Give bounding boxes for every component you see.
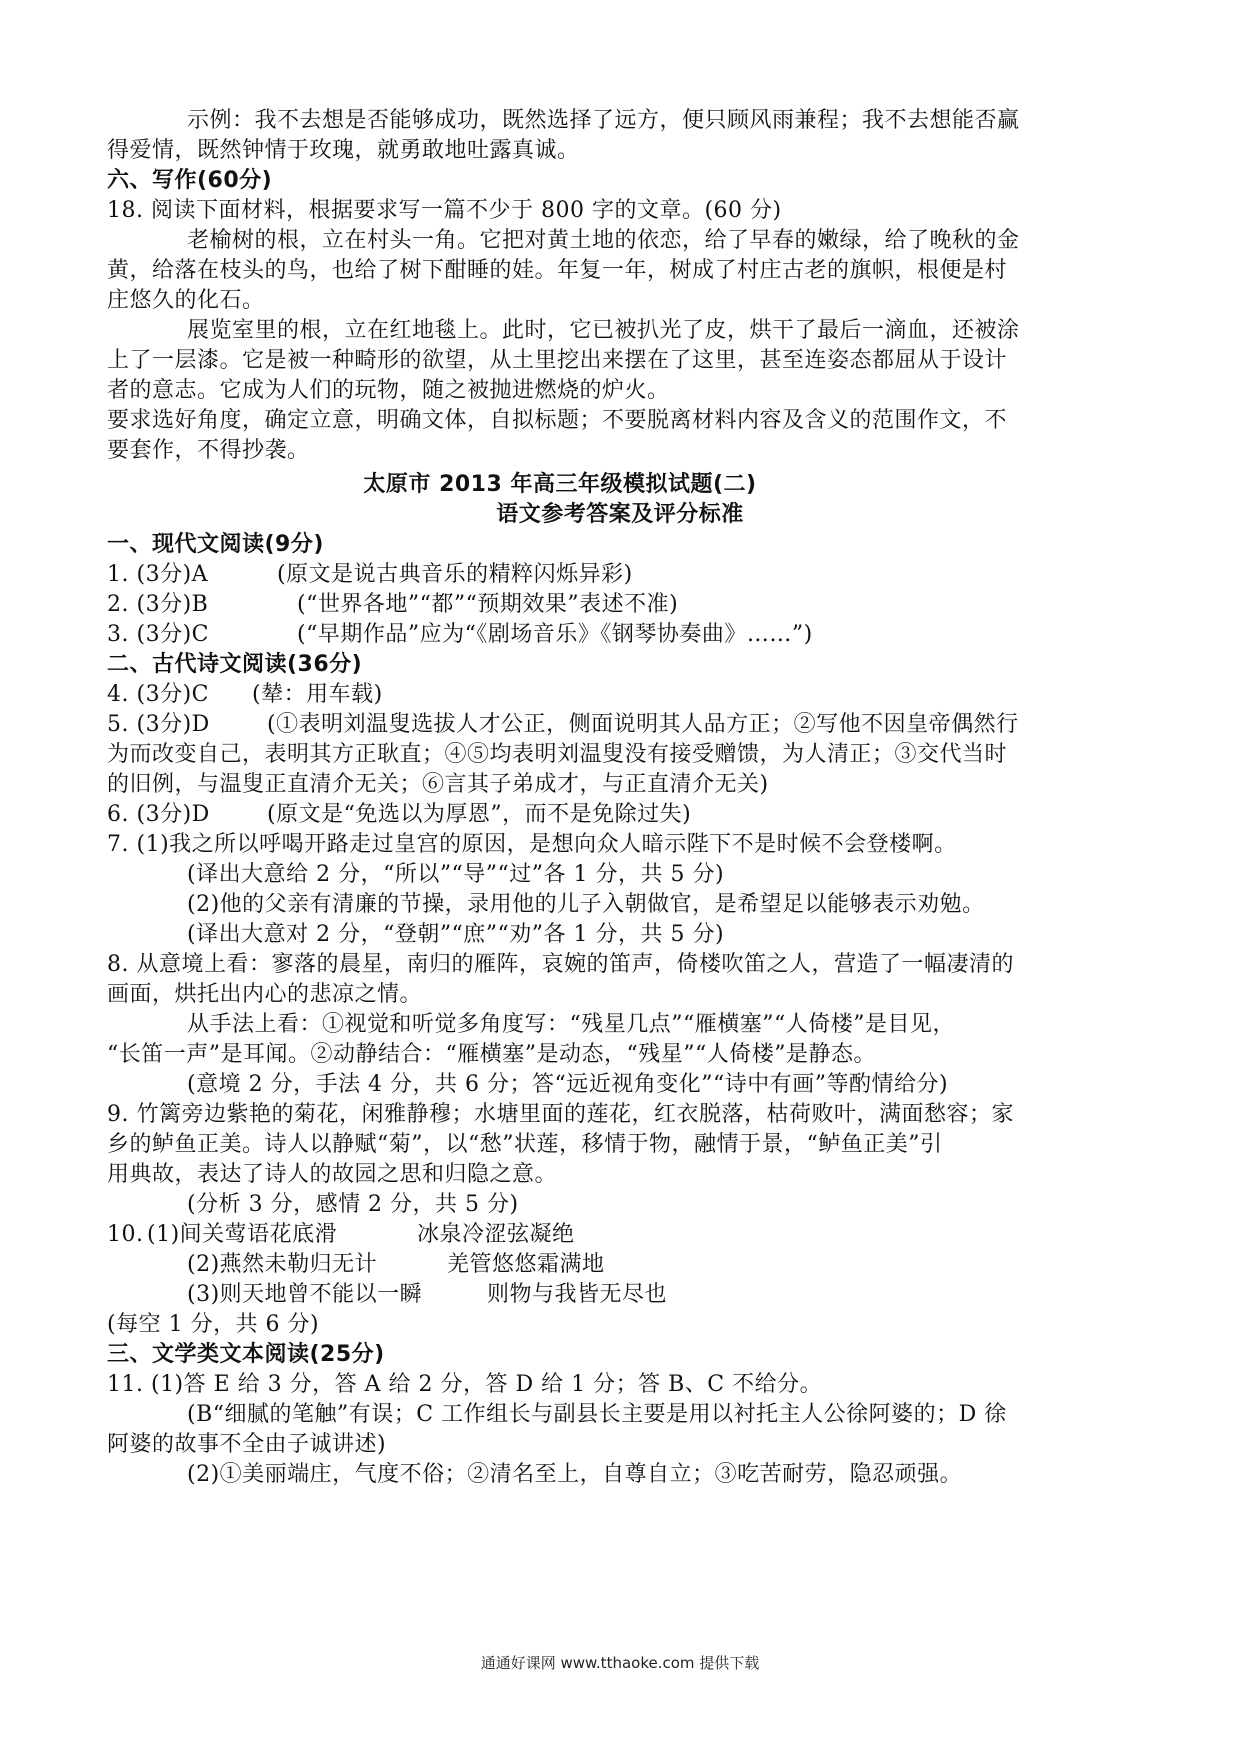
material-para2-line3: 者的意志。它成为人们的玩物，随之被抛进燃烧的炉火。 (107, 376, 1137, 406)
answer-key-title: 太原市 2013 年高三年级模拟试题(二) (0, 470, 1240, 500)
answer-key-subtitle: 语文参考答案及评分标准 (0, 500, 1240, 530)
answer-11-line3: 阿婆的故事不全由子诚讲述) (107, 1430, 1137, 1460)
answer-8-line4: “长笛一声”是耳闻。②动静结合：“雁横塞”是动态，“残星”“人倚楼”是静态。 (107, 1040, 1137, 1070)
answer-7-line2: (译出大意给 2 分，“所以”“导”“过”各 1 分，共 5 分) (187, 860, 1217, 890)
example-line-2: 得爱情，既然钟情于玫瑰，就勇敢地吐露真诚。 (107, 136, 1137, 166)
answer-11-line1: 11. (1)答 E 给 3 分，答 A 给 2 分，答 D 给 1 分；答 B… (107, 1370, 1137, 1400)
page-footer: 通通好课网 www.tthaoke.com 提供下载 (0, 1652, 1240, 1673)
answer-8-line5: (意境 2 分，手法 4 分，共 6 分；答“远近视角变化”“诗中有画”等酌情给… (187, 1070, 1217, 1100)
example-line-1: 示例：我不去想是否能够成功，既然选择了远方，便只顾风雨兼程；我不去想能否赢 (187, 106, 1217, 136)
answer-11-line4: (2)①美丽端庄，气度不俗；②清名至上，自尊自立；③吃苦耐劳，隐忍顽强。 (187, 1460, 1217, 1490)
answer-9-line1: 9. 竹篱旁边紫艳的菊花，闲雅静穆；水塘里面的莲花，红衣脱落，枯荷败叶，满面愁容… (107, 1100, 1137, 1130)
material-para1-line2: 黄，给落在枝头的鸟，也给了树下酣睡的娃。年复一年，树成了村庄古老的旗帜，根便是村 (107, 256, 1137, 286)
answer-10-row3: (3)则天地曾不能以一瞬 则物与我皆无尽也 (187, 1280, 1217, 1310)
document-page: 示例：我不去想是否能够成功，既然选择了远方，便只顾风雨兼程；我不去想能否赢 得爱… (0, 0, 1240, 1754)
answer-1: 1. (3分)A (原文是说古典音乐的精粹闪烁异彩) (107, 560, 1137, 590)
answer-5-line3: 的旧例，与温叟正直清介无关；⑥言其子弟成才，与正直清介无关) (107, 770, 1137, 800)
section3-heading: 三、文学类文本阅读(25分) (107, 1340, 1137, 1370)
material-para2-line1: 展览室里的根，立在红地毯上。此时，它已被扒光了皮，烘干了最后一滴血，还被涂 (187, 316, 1217, 346)
answer-9-line3: 用典故，表达了诗人的故园之思和归隐之意。 (107, 1160, 1137, 1190)
question-18: 18. 阅读下面材料，根据要求写一篇不少于 800 字的文章。(60 分) (107, 196, 1137, 226)
answer-8-line3: 从手法上看：①视觉和听觉多角度写：“残星几点”“雁横塞”“人倚楼”是目见， (187, 1010, 1217, 1040)
answer-8-line1: 8. 从意境上看：寥落的晨星，南归的雁阵，哀婉的笛声，倚楼吹笛之人，营造了一幅凄… (107, 950, 1137, 980)
section1-heading: 一、现代文阅读(9分) (107, 530, 1137, 560)
answer-7-line4: (译出大意对 2 分，“登朝”“庶”“劝”各 1 分，共 5 分) (187, 920, 1217, 950)
answer-6: 6. (3分)D (原文是“免选以为厚恩”，而不是免除过失) (107, 800, 1137, 830)
answer-9-line2: 乡的鲈鱼正美。诗人以静赋“菊”，以“愁”状莲，移情于物，融情于景，“鲈鱼正美”引 (107, 1130, 1137, 1160)
answer-10-score: (每空 1 分，共 6 分) (107, 1310, 1137, 1340)
answer-10-row2: (2)燕然未勒归无计 羌管悠悠霜满地 (187, 1250, 1217, 1280)
answer-7-line1: 7. (1)我之所以呼喝开路走过皇宫的原因，是想向众人暗示陛下不是时候不会登楼啊… (107, 830, 1137, 860)
answer-8-line2: 画面，烘托出内心的悲凉之情。 (107, 980, 1137, 1010)
section2-heading: 二、古代诗文阅读(36分) (107, 650, 1137, 680)
answer-2: 2. (3分)B (“世界各地”“都”“预期效果”表述不准) (107, 590, 1137, 620)
answer-10-row1: 10. (1)间关莺语花底滑 冰泉冷涩弦凝绝 (107, 1220, 1137, 1250)
requirement-line1: 要求选好角度，确定立意，明确文体，自拟标题；不要脱离材料内容及含义的范围作文，不 (107, 406, 1137, 436)
answer-5-line2: 为而改变自己，表明其方正耿直；④⑤均表明刘温叟没有接受赠馈，为人清正；③交代当时 (107, 740, 1137, 770)
answer-7-line3: (2)他的父亲有清廉的节操，录用他的儿子入朝做官，是希望足以能够表示劝勉。 (187, 890, 1217, 920)
writing-heading: 六、写作(60分) (107, 166, 1137, 196)
material-para1-line3: 庄悠久的化石。 (107, 286, 1137, 316)
answer-4: 4. (3分)C (辇：用车载) (107, 680, 1137, 710)
answer-5-line1: 5. (3分)D (①表明刘温叟选拔人才公正，侧面说明其人品方正；②写他不因皇帝… (107, 710, 1137, 740)
answer-3: 3. (3分)C (“早期作品”应为“《剧场音乐》《钢琴协奏曲》……”) (107, 620, 1137, 650)
requirement-line2: 要套作，不得抄袭。 (107, 436, 1137, 466)
material-para2-line2: 上了一层漆。它是被一种畸形的欲望，从土里挖出来摆在了这里，甚至连姿态都屈从于设计 (107, 346, 1137, 376)
answer-9-line4: (分析 3 分，感情 2 分，共 5 分) (187, 1190, 1217, 1220)
material-para1-line1: 老榆树的根，立在村头一角。它把对黄土地的依恋，给了早春的嫩绿，给了晚秋的金 (187, 226, 1217, 256)
answer-11-line2: (B“细腻的笔触”有误；C 工作组长与副县长主要是用以衬托主人公徐阿婆的；D 徐 (187, 1400, 1217, 1430)
